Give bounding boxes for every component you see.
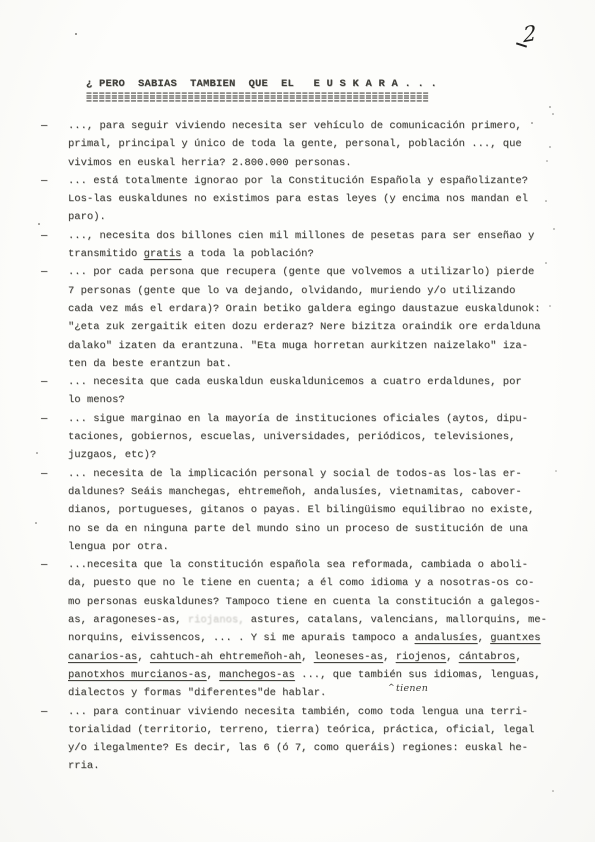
bullet-item: —..., para seguir viviendo necesita ser … <box>40 117 555 172</box>
scan-speck <box>36 452 38 454</box>
bullet-item: —... para continuar viviendo necesita ta… <box>40 703 555 776</box>
bullet-item: —... sigue marginao en la mayoría de ins… <box>40 410 555 465</box>
text-line: ... para continuar viviendo necesita tam… <box>68 703 555 721</box>
text-line: ..., para seguir viviendo necesita ser v… <box>68 117 555 135</box>
text-line: y/o ilegalmente? Es decir, las 6 (ó 7, c… <box>68 739 555 757</box>
text-line: panotxhos murcianos-as, manchegos-as ...… <box>68 666 555 684</box>
text-line: juzgaos, etc)? <box>68 446 555 464</box>
scan-speck <box>546 160 548 162</box>
bullet-item: —... necesita que cada euskaldun euskald… <box>40 373 555 410</box>
bullet-item: —..., necesita dos billones cien mil mil… <box>40 227 555 264</box>
text-line: ...necesita que la constitución española… <box>68 556 555 574</box>
scan-speck <box>75 33 77 35</box>
text-line: ... sigue marginao en la mayoría de inst… <box>68 410 555 428</box>
scan-speck <box>38 223 40 225</box>
text-line: vivimos en euskal herria? 2.800.000 pers… <box>68 154 555 172</box>
text-line: "¿eta zuk zergaitik eiten dozu erderaz? … <box>68 318 555 336</box>
title-underline-row: ========================================… <box>86 100 429 105</box>
text-line: ... por cada persona que recupera (gente… <box>68 263 555 281</box>
bullet-item: —...necesita que la constitución español… <box>40 556 555 702</box>
scan-speck <box>552 790 554 792</box>
text-line: ... está totalmente ignorao por la Const… <box>68 172 555 190</box>
scan-speck <box>549 146 551 148</box>
bullet-marker: — <box>41 703 47 721</box>
bullet-marker: — <box>41 373 47 391</box>
bullet-marker: — <box>41 410 47 428</box>
text-line: lo menos? <box>68 391 555 409</box>
text-line: dialectos y formas "diferentes"de hablar… <box>68 684 555 702</box>
text-line: daldunes? Seáis manchegas, ehtremeñoh, a… <box>68 483 555 501</box>
bullet-marker: — <box>41 465 47 483</box>
text-line: 7 personas (gente que lo va dejando, olv… <box>68 282 555 300</box>
text-line: dianos, portugueses, gitanos o payas. El… <box>68 501 555 519</box>
text-line: primal, principal y único de toda la gen… <box>68 135 555 153</box>
text-line: taciones, gobiernos, escuelas, universid… <box>68 428 555 446</box>
insertion-text: tienen <box>396 683 428 694</box>
text-line: da, puesto que no le tiene en cuenta; a … <box>68 574 555 592</box>
handwritten-page-number: 2 <box>523 21 537 48</box>
text-line: dalako" izaten da erantzuna. "Eta muga h… <box>68 337 555 355</box>
page-title: ¿ PERO SABIAS TAMBIEN QUE EL E U S K A R… <box>86 78 437 90</box>
bullet-marker: — <box>41 172 47 190</box>
text-line: ... necesita de la implicación personal … <box>68 465 555 483</box>
text-line: paro). <box>68 208 555 226</box>
bullet-marker: — <box>41 556 47 574</box>
bullet-list: —..., para seguir viviendo necesita ser … <box>40 117 555 776</box>
scan-speck <box>549 106 551 108</box>
text-line: lengua por otra. <box>68 538 555 556</box>
text-line: no se da en ninguna parte del mundo sino… <box>68 520 555 538</box>
bullet-marker: — <box>41 117 47 135</box>
scan-speck <box>35 522 37 524</box>
text-line: cada vez más el erdara)? Orain betiko ga… <box>68 300 555 318</box>
text-line: Los-las euskaldunes no existimos para es… <box>68 190 555 208</box>
caret-mark: ^ <box>388 683 395 692</box>
text-line: ..., necesita dos billones cien mil mill… <box>68 227 555 245</box>
bullet-marker: — <box>41 227 47 245</box>
scan-speck <box>545 262 547 264</box>
scan-speck <box>549 305 551 307</box>
scan-speck <box>552 113 554 115</box>
text-line: torialidad (territorio, terreno, tierra)… <box>68 721 555 739</box>
text-line: mo personas euskaldunes? Tampoco tiene e… <box>68 593 555 611</box>
text-line: canarios-as, cahtuch-ah ehtremeñoh-ah, l… <box>68 648 555 666</box>
scan-speck <box>531 122 533 124</box>
bullet-marker: — <box>41 263 47 281</box>
text-line: ten da beste erantzun bat. <box>68 355 555 373</box>
title-underline: ========================================… <box>86 95 429 104</box>
text-line: transmitido gratis a toda la población? <box>68 245 555 263</box>
scan-speck <box>545 200 547 202</box>
scan-speck <box>555 470 557 472</box>
document-page: 2 ¿ PERO SABIAS TAMBIEN QUE EL E U S K A… <box>0 0 595 842</box>
bullet-item: —... por cada persona que recupera (gent… <box>40 263 555 373</box>
text-line: as, aragoneses-as, riojanos, astures, ca… <box>68 611 555 629</box>
scan-speck <box>553 228 555 230</box>
bullet-item: —... está totalmente ignorao por la Cons… <box>40 172 555 227</box>
handwritten-insertion: ^tienen <box>388 683 428 694</box>
text-line: norquins, eivissencos, ... . Y si me apu… <box>68 629 555 647</box>
bullet-item: —... necesita de la implicación personal… <box>40 465 555 556</box>
text-line: rria. <box>68 757 555 775</box>
text-line: ... necesita que cada euskaldun euskaldu… <box>68 373 555 391</box>
